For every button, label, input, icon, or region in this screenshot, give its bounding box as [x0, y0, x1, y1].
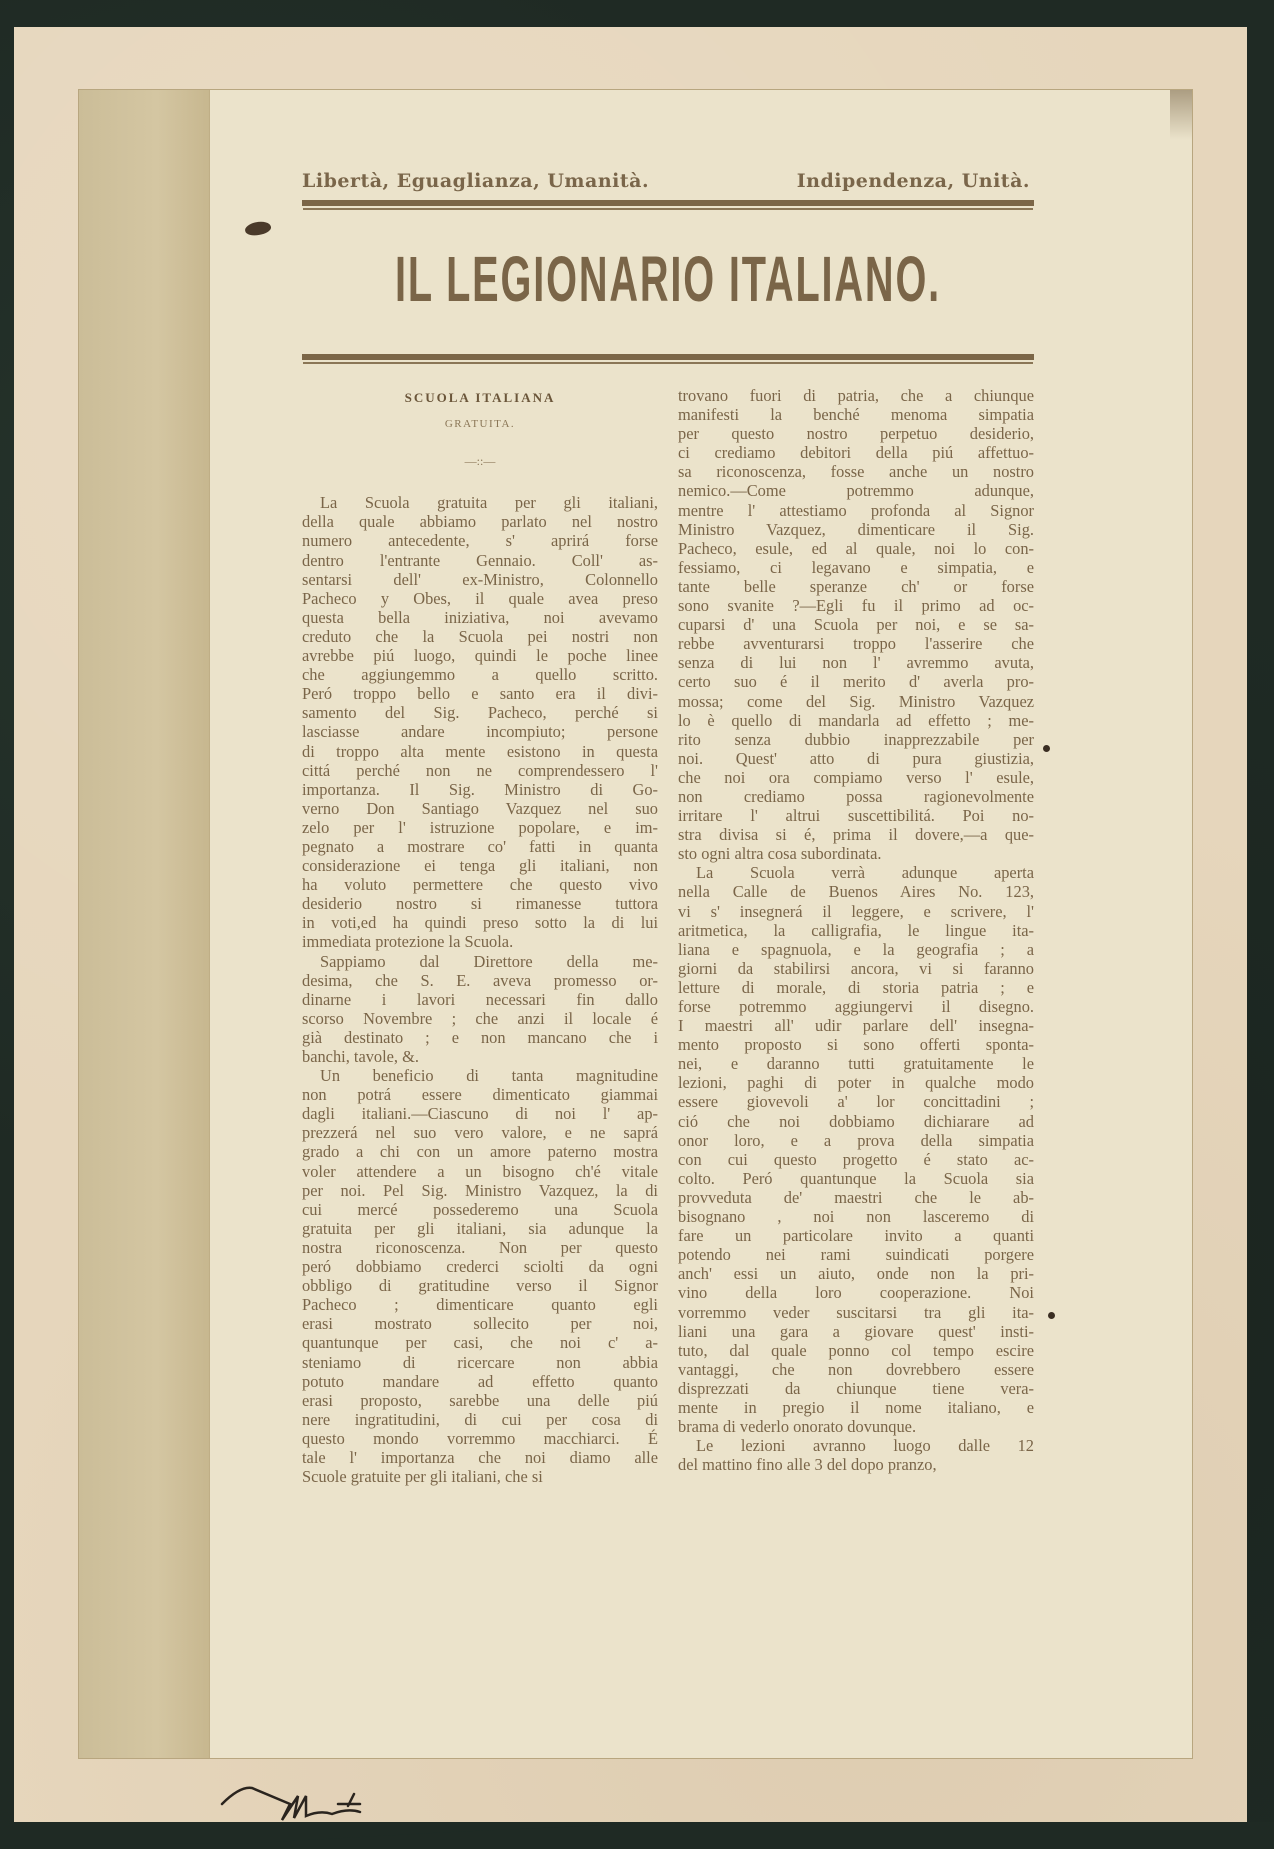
section-separator: —::— [302, 452, 658, 471]
text-line: ci crediamo debitori della piú affettuo- [678, 443, 1034, 462]
text-line: Ministro Vazquez, dimenticare il Sig. [678, 520, 1034, 539]
text-line: grado a chi con un amore paterno mostra [302, 1142, 658, 1161]
text-line: numero antecedente, s' aprirá forse [302, 531, 658, 550]
text-line: Peró troppo bello e santo era il divi- [302, 684, 658, 703]
text-line: ció che noi dobbiamo dichiarare ad [678, 1112, 1034, 1131]
text-line: dentro l'entrante Gennaio. Coll' as- [302, 551, 658, 570]
handwritten-signature [220, 1782, 460, 1822]
text-line: brama di vederlo onorato dovunque. [678, 1417, 1034, 1436]
text-line: cui mercé possederemo una Scuola [302, 1200, 658, 1219]
ink-dot-mark [1043, 745, 1050, 752]
text-line: vi s' insegnerá il leggere, e scrivere, … [678, 902, 1034, 921]
text-line: non potrá essere dimenticato giammai [302, 1085, 658, 1104]
text-line: potendo nei rami suindicati porgere [678, 1245, 1034, 1264]
right-column-body: trovano fuori di patria, che a chiunquem… [678, 386, 1034, 1474]
text-line: sentarsi dell' ex-Ministro, Colonnello [302, 570, 658, 589]
left-shade-strip [79, 90, 210, 1758]
text-line: Le lezioni avranno luogo dalle 12 [678, 1436, 1034, 1455]
text-line: immediata protezione la Scuola. [302, 932, 658, 951]
text-line: vantaggi, che non dovrebbero essere [678, 1360, 1034, 1379]
text-line: banchi, tavole, &. [302, 1047, 658, 1066]
left-column-body: La Scuola gratuita per gli italiani,dell… [302, 493, 658, 1486]
masthead-rule-bottom [302, 354, 1034, 360]
masthead-rule-top [302, 200, 1034, 206]
text-line: mento proposto si sono offerti sponta- [678, 1035, 1034, 1054]
text-line: del mattino fino alle 3 del dopo pranzo, [678, 1455, 1034, 1474]
text-line: non crediamo possa ragionevolmente [678, 787, 1034, 806]
text-line: onor loro, e a prova della simpatia [678, 1131, 1034, 1150]
text-line: La Scuola gratuita per gli italiani, [302, 493, 658, 512]
article-columns: SCUOLA ITALIANA GRATUITA. —::— La Scuola… [302, 386, 1034, 1486]
text-line: della quale abbiamo parlato nel nostro [302, 512, 658, 531]
text-line: lezioni, paghi di poter in qualche modo [678, 1073, 1034, 1092]
text-line: considerazione ei tenga gli italiani, no… [302, 856, 658, 875]
text-line: rebbe avventurarsi troppo l'asserire che [678, 634, 1034, 653]
text-line: noi. Quest' atto di pura giustizia, [678, 749, 1034, 768]
text-line: lasciasse andare incompiuto; persone [302, 722, 658, 741]
text-line: desiderio nostro si rimanesse tuttora [302, 894, 658, 913]
text-line: prezzerá nel suo vero valore, e ne saprá [302, 1123, 658, 1142]
text-line: aritmetica, la calligrafia, le lingue it… [678, 921, 1034, 940]
text-line: nella Calle de Buenos Aires No. 123, [678, 882, 1034, 901]
article-paragraph: Un beneficio di tanta magnitudinenon pot… [302, 1066, 658, 1486]
text-line: nere ingratitudini, di cui per cosa di [302, 1410, 658, 1429]
text-line: tante belle speranze ch' or forse [678, 577, 1034, 596]
article-paragraph: trovano fuori di patria, che a chiunquem… [678, 386, 1034, 863]
article-column-left: SCUOLA ITALIANA GRATUITA. —::— La Scuola… [302, 386, 658, 1486]
text-line: fessiamo, ci legavano e simpatia, e [678, 558, 1034, 577]
text-line: anch' essi un aiuto, onde non la pri- [678, 1264, 1034, 1283]
section-subtitle: GRATUITA. [302, 415, 658, 434]
page-content: Libertà, Eguaglianza, Umanità. Indipende… [302, 170, 1034, 1486]
text-line: irritare l' altrui suscettibilitá. Poi n… [678, 806, 1034, 825]
text-line: lo è quello di mandarla ad effetto ; me- [678, 711, 1034, 730]
motto-right: Indipendenza, Unità. [797, 170, 1030, 192]
text-line: nemico.—Come potremmo adunque, [678, 481, 1034, 500]
ink-dot-mark [1048, 1312, 1055, 1319]
text-line: Pacheco y Obes, il quale avea preso [302, 589, 658, 608]
masthead-mottos: Libertà, Eguaglianza, Umanità. Indipende… [302, 170, 1034, 192]
text-line: tale l' importanza che noi diamo alle [302, 1448, 658, 1467]
text-line: Pacheco ; dimenticare quanto egli [302, 1295, 658, 1314]
text-line: voler attendere a un bisogno ch'é vitale [302, 1162, 658, 1181]
text-line: Sappiamo dal Direttore della me- [302, 952, 658, 971]
text-line: che noi ora compiamo verso l' esule, [678, 768, 1034, 787]
text-line: ha voluto permettere che questo vivo [302, 875, 658, 894]
text-line: manifesti la benché menoma simpatia [678, 405, 1034, 424]
text-line: sa riconoscenza, fosse anche un nostro [678, 462, 1034, 481]
text-line: sono svanite ?—Egli fu il primo ad oc- [678, 596, 1034, 615]
text-line: erasi proposto, sarebbe una delle piú [302, 1391, 658, 1410]
text-line: potuto mandare ad effetto quanto [302, 1372, 658, 1391]
text-line: vorremmo veder suscitarsi tra gli ita- [678, 1303, 1034, 1322]
text-line: trovano fuori di patria, che a chiunque [678, 386, 1034, 405]
text-line: per noi. Pel Sig. Ministro Vazquez, la d… [302, 1181, 658, 1200]
text-line: questo mondo vorremmo macchiarci. É [302, 1429, 658, 1448]
article-paragraph: Le lezioni avranno luogo dalle 12del mat… [678, 1436, 1034, 1474]
text-line: sto ogni altra cosa subordinata. [678, 844, 1034, 863]
text-line: Un beneficio di tanta magnitudine [302, 1066, 658, 1085]
text-line: questa bella iniziativa, noi avevamo [302, 608, 658, 627]
text-line: Pacheco, esule, ed al quale, noi lo con- [678, 539, 1034, 558]
text-line: cittá perché non ne comprendessero l' [302, 761, 658, 780]
text-line: bisognano , noi non lasceremo di [678, 1207, 1034, 1226]
text-line: verno Don Santiago Vazquez nel suo [302, 799, 658, 818]
text-line: vino della loro cooperazione. Noi [678, 1283, 1034, 1302]
text-line: giorni da stabilirsi ancora, vi si faran… [678, 959, 1034, 978]
text-line: scorso Novembre ; che anzi il locale é [302, 1009, 658, 1028]
text-line: quantunque per casi, che noi c' a- [302, 1333, 658, 1352]
text-line: mossa; come del Sig. Ministro Vazquez [678, 692, 1034, 711]
text-line: zelo per l' istruzione popolare, e im- [302, 818, 658, 837]
text-line: creduto che la Scuola pei nostri non [302, 627, 658, 646]
text-line: pegnato a mostrare co' fatti in quanta [302, 837, 658, 856]
text-line: liani una gara a giovare quest' insti- [678, 1322, 1034, 1341]
text-line: liana e spagnuola, e la geografia ; a [678, 940, 1034, 959]
text-line: nei, e daranno tutti gratuitamente le [678, 1054, 1034, 1073]
text-line: avrebbe piú luogo, quindi le poche linee [302, 646, 658, 665]
text-line: fare un particolare invito a quanti [678, 1226, 1034, 1245]
text-line: essere giovevoli a' lor concittadini ; [678, 1092, 1034, 1111]
text-line: per questo nostro perpetuo desiderio, [678, 424, 1034, 443]
text-line: già destinato ; e non mancano che i [302, 1028, 658, 1047]
text-line: mentre l' attestiamo profonda al Signor [678, 501, 1034, 520]
text-line: cuparsi d' una Scuola per noi, e se sa- [678, 615, 1034, 634]
text-line: peró dobbiamo crederci sciolti da ogni [302, 1257, 658, 1276]
text-line: rito senza dubbio inapprezzabile per [678, 730, 1034, 749]
text-line: senza di lui non l' avremmo avuta, [678, 653, 1034, 672]
text-line: letture di morale, di storia patria ; e [678, 978, 1034, 997]
text-line: desima, che S. E. aveva promesso or- [302, 971, 658, 990]
text-line: nostra riconoscenza. Non per questo [302, 1238, 658, 1257]
article-paragraph: La Scuola verrà adunque apertanella Call… [678, 863, 1034, 1436]
text-line: forse potremmo aggiungervi il disegno. [678, 997, 1034, 1016]
text-line: obbligo di gratitudine verso il Signor [302, 1276, 658, 1295]
text-line: di troppo alta mente esistono in questa [302, 742, 658, 761]
text-line: erasi mostrato sollecito per noi, [302, 1314, 658, 1333]
newspaper-title: IL LEGIONARIO ITALIANO. [367, 242, 970, 316]
article-column-right: trovano fuori di patria, che a chiunquem… [678, 386, 1034, 1486]
text-line: steniamo di ricercare non abbia [302, 1353, 658, 1372]
text-line: La Scuola verrà adunque aperta [678, 863, 1034, 882]
text-line: mente in pregio il nome italiano, e [678, 1398, 1034, 1417]
text-line: in voti,ed ha quindi preso sotto la di l… [302, 913, 658, 932]
text-line: disprezzati da chiunque tiene vera- [678, 1379, 1034, 1398]
text-line: dagli italiani.—Ciascuno di noi l' ap- [302, 1104, 658, 1123]
text-line: gratuita per gli italiani, sia adunque l… [302, 1219, 658, 1238]
text-line: importanza. Il Sig. Ministro di Go- [302, 780, 658, 799]
corner-stain [1170, 90, 1192, 140]
text-line: colto. Peró quantunque la Scuola sia [678, 1169, 1034, 1188]
article-paragraph: La Scuola gratuita per gli italiani,dell… [302, 493, 658, 951]
article-paragraph: Sappiamo dal Direttore della me-desima, … [302, 952, 658, 1067]
section-title: SCUOLA ITALIANA [302, 388, 658, 407]
text-line: I maestri all' udir parlare dell' insegn… [678, 1016, 1034, 1035]
text-line: stra divisa si é, prima il dovere,—a que… [678, 825, 1034, 844]
text-line: provveduta de' maestri che le ab- [678, 1188, 1034, 1207]
text-line: tuto, dal quale ponno col tempo escire [678, 1341, 1034, 1360]
text-line: dinarne i lavori necessari fin dallo [302, 990, 658, 1009]
text-line: samento del Sig. Pacheco, perché si [302, 703, 658, 722]
text-line: Scuole gratuite per gli italiani, che si [302, 1467, 658, 1486]
text-line: certo suo é il merito d' averla pro- [678, 672, 1034, 691]
motto-left: Libertà, Eguaglianza, Umanità. [302, 170, 649, 192]
text-line: con cui questo progetto é stato ac- [678, 1150, 1034, 1169]
text-line: che aggiungemmo a quello scritto. [302, 665, 658, 684]
